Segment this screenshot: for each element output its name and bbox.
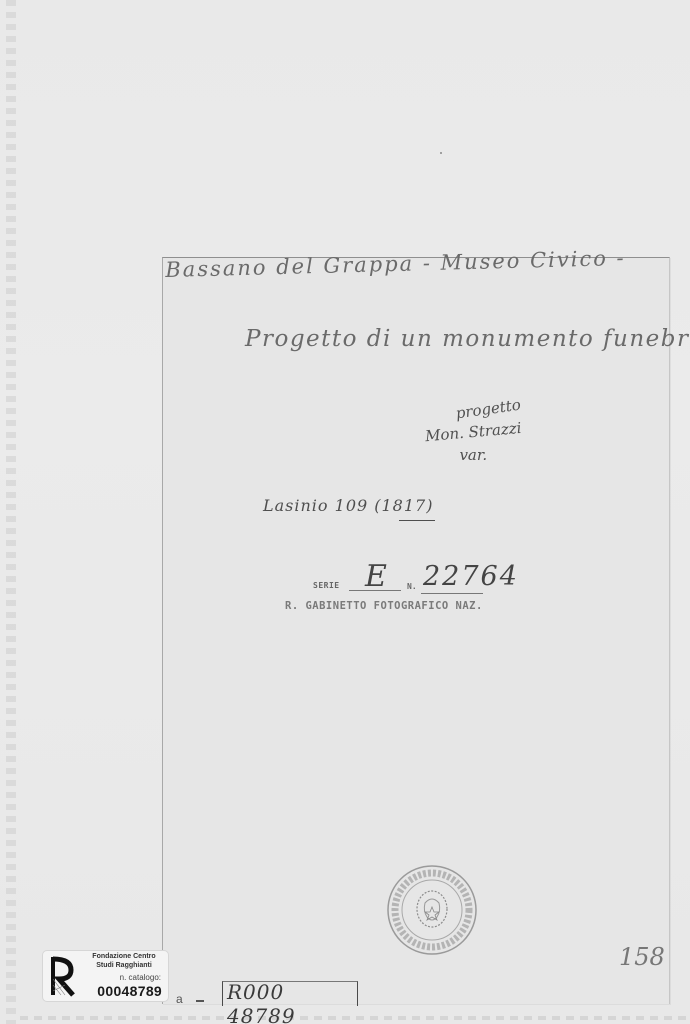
- org-line-1: Fondazione Centro: [83, 952, 165, 961]
- number-label: N.: [407, 582, 417, 591]
- number-underline: [421, 593, 483, 594]
- underline: [399, 520, 435, 522]
- archive-catalog-label: Fondazione Centro Studi Ragghianti n. ca…: [42, 950, 169, 1002]
- serie-label: SERIE: [313, 581, 340, 590]
- pencil-dash: [196, 1000, 204, 1002]
- catalog-number: 00048789: [97, 983, 162, 999]
- pencil-mark: a: [176, 992, 183, 1006]
- handwritten-page-number: 158: [619, 943, 665, 971]
- org-line-2: Studi Ragghianti: [83, 961, 165, 970]
- handwritten-lasinio-reference: Lasinio 109 (1817): [263, 496, 433, 515]
- number-value: 22764: [423, 561, 519, 592]
- speck: [440, 152, 442, 154]
- reference-number: R000 48789: [227, 980, 357, 1024]
- round-seal-stamp: [385, 863, 479, 957]
- seal-emblem-icon: [385, 863, 479, 957]
- perforation-left-edge: [6, 0, 16, 1024]
- handwritten-reference-box: R000 48789: [222, 981, 358, 1006]
- handwritten-note: progetto Mon. Strazzi var.: [445, 398, 522, 467]
- catalog-label: n. catalogo:: [120, 973, 161, 982]
- handwritten-subject: Progetto di un monumento funebre: [245, 326, 690, 352]
- ragghianti-logo-icon: [49, 955, 77, 997]
- note-line: var.: [425, 444, 522, 467]
- lasinio-text: Lasinio 109 (1817): [263, 496, 433, 515]
- institution-stamp: R. GABINETTO FOTOGRAFICO NAZ.: [285, 600, 483, 612]
- photo-card-verso: Bassano del Grappa - Museo Civico - Prog…: [162, 257, 670, 1004]
- serie-value: E: [365, 559, 387, 594]
- organization-name: Fondazione Centro Studi Ragghianti: [83, 952, 165, 970]
- serie-stamp: SERIE E N. 22764: [313, 563, 573, 603]
